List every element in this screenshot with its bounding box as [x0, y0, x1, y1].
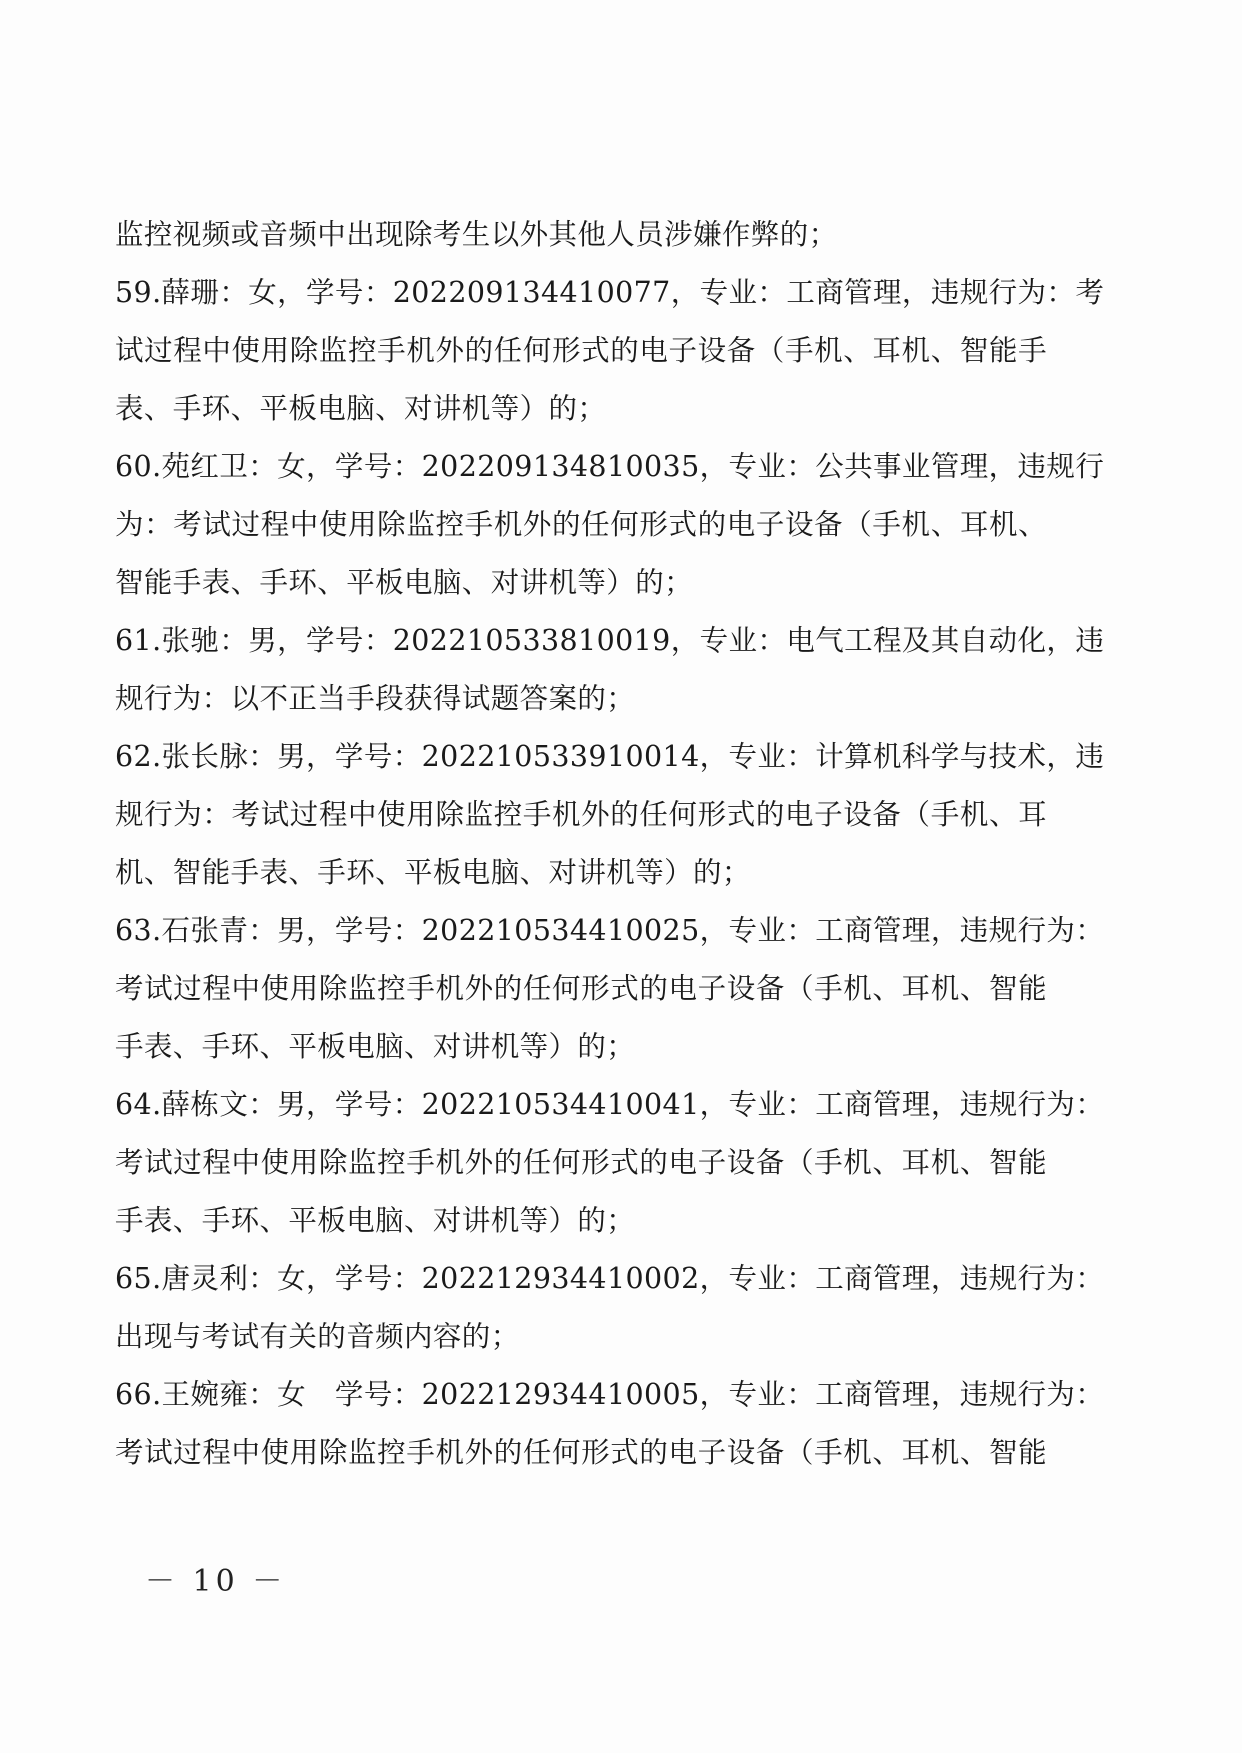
- text-line: 规行为：考试过程中使用除监控手机外的任何形式的电子设备（手机、耳: [115, 786, 1047, 844]
- page-number: － 10 －: [145, 1562, 286, 1602]
- text-line: 61.张驰：男，学号：202210533810019，专业：电气工程及其自动化，…: [115, 612, 1047, 670]
- text-line: 手表、手环、平板电脑、对讲机等）的；: [115, 1018, 1055, 1076]
- document-body: 监控视频或音频中出现除考生以外其他人员涉嫌作弊的； 59.薛珊：女，学号：202…: [115, 206, 1055, 1482]
- text-line: 出现与考试有关的音频内容的；: [115, 1308, 1055, 1366]
- text-line: 监控视频或音频中出现除考生以外其他人员涉嫌作弊的；: [115, 206, 1055, 264]
- text-line: 手表、手环、平板电脑、对讲机等）的；: [115, 1192, 1055, 1250]
- text-line: 表、手环、平板电脑、对讲机等）的；: [115, 380, 1055, 438]
- text-line: 智能手表、手环、平板电脑、对讲机等）的；: [115, 554, 1055, 612]
- document-page: 监控视频或音频中出现除考生以外其他人员涉嫌作弊的； 59.薛珊：女，学号：202…: [0, 0, 1242, 1753]
- text-line: 60.苑红卫：女，学号：202209134810035，专业：公共事业管理，违规…: [115, 438, 1047, 496]
- text-line: 64.薛栋文：男，学号：202210534410041，专业：工商管理，违规行为…: [115, 1076, 1047, 1134]
- text-line: 考试过程中使用除监控手机外的任何形式的电子设备（手机、耳机、智能: [115, 1134, 1047, 1192]
- text-line: 65.唐灵利：女，学号：202212934410002，专业：工商管理，违规行为…: [115, 1250, 1047, 1308]
- text-line: 考试过程中使用除监控手机外的任何形式的电子设备（手机、耳机、智能: [115, 960, 1047, 1018]
- text-line: 66.王婉雍：女 学号：202212934410005，专业：工商管理，违规行为…: [115, 1366, 1047, 1424]
- text-line: 63.石张青：男，学号：202210534410025，专业：工商管理，违规行为…: [115, 902, 1047, 960]
- text-line: 规行为：以不正当手段获得试题答案的；: [115, 670, 1055, 728]
- text-line: 62.张长脉：男，学号：202210533910014，专业：计算机科学与技术，…: [115, 728, 1047, 786]
- text-line: 59.薛珊：女，学号：202209134410077，专业：工商管理，违规行为：…: [115, 264, 1047, 322]
- text-line: 考试过程中使用除监控手机外的任何形式的电子设备（手机、耳机、智能: [115, 1424, 1047, 1482]
- text-line: 机、智能手表、手环、平板电脑、对讲机等）的；: [115, 844, 1055, 902]
- text-line: 为：考试过程中使用除监控手机外的任何形式的电子设备（手机、耳机、: [115, 496, 1047, 554]
- text-line: 试过程中使用除监控手机外的任何形式的电子设备（手机、耳机、智能手: [115, 322, 1047, 380]
